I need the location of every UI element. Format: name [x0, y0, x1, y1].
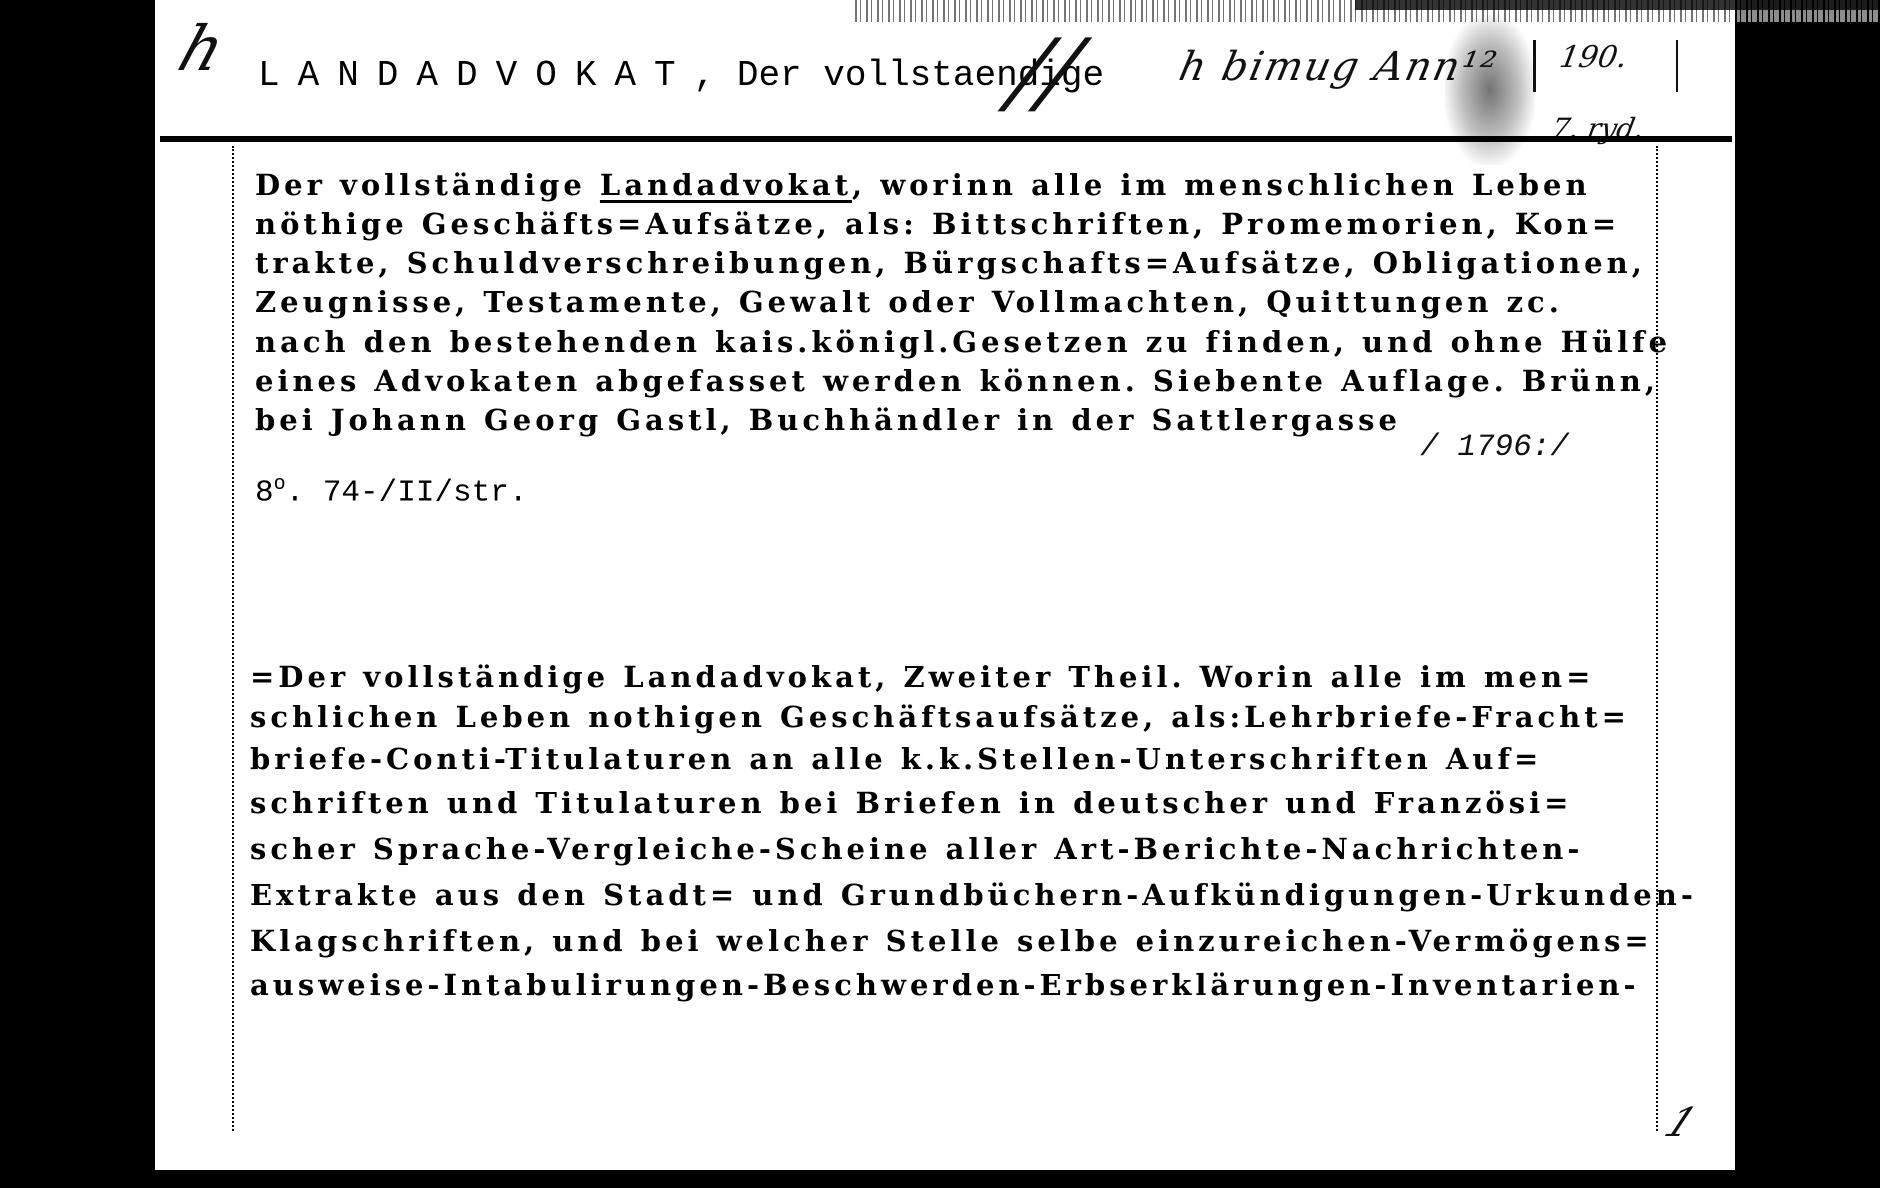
year-annotation: / 1796:/ [1417, 430, 1572, 465]
entry-1-line: eines Advokaten abgefasset werden können… [255, 364, 1659, 398]
entry-2-line: briefe-Conti-Titulaturen an alle k.k.Ste… [250, 742, 1542, 776]
entry-2-line: scher Sprache-Vergleiche-Scheine aller A… [250, 832, 1583, 866]
text: nach den bestehenden kais.königl.Gesetze… [255, 325, 1671, 359]
entry-2-line: =Der vollständige Landadvokat, Zweiter T… [250, 660, 1594, 694]
title-heading: LANDADVOKAT [258, 55, 694, 96]
shelfmark: . 74-/II/str. [286, 475, 528, 510]
text: , worinn alle im menschlichen Leben [852, 168, 1591, 202]
entry-1-line: trakte, Schuldverschreibungen, Bürgschaf… [255, 246, 1646, 280]
scan-edge [1355, 0, 1880, 10]
entry-2-line: Extrakte aus den Stadt= und Grundbüchern… [250, 878, 1697, 912]
right-margin-line [1656, 146, 1658, 1131]
entry-1-line: nach den bestehenden kais.königl.Gesetze… [255, 325, 1671, 359]
left-margin-line [232, 146, 234, 1131]
text: nöthige Geschäfts=Aufsätze, als: Bittsch… [255, 207, 1620, 241]
text: eines Advokaten abgefasset werden können… [255, 364, 1659, 398]
text: trakte, Schuldverschreibungen, Bürgschaf… [255, 246, 1646, 280]
handwritten-note: h bimug Ann¹² [1175, 44, 1502, 90]
card-title: LANDADVOKAT, Der vollstaendige [258, 55, 1104, 96]
format-sup: o [274, 473, 286, 496]
text: bei Johann Georg Gastl, Buchhändler in d… [255, 403, 1401, 437]
shelfmark-line: 8o. 74-/II/str. [255, 473, 527, 510]
text: Der vollständige [255, 168, 600, 202]
format: 8 [255, 475, 274, 510]
entry-1-line: bei Johann Georg Gastl, Buchhändler in d… [255, 403, 1401, 437]
entry-2-line: Klagschriften, und bei welcher Stelle se… [250, 924, 1653, 958]
handwritten-box-number: 190. [1557, 40, 1630, 75]
entry-2-line: schlichen Leben nothigen Geschäftsaufsät… [250, 700, 1630, 734]
entry-1-line: nöthige Geschäfts=Aufsätze, als: Bittsch… [255, 207, 1620, 241]
header-rule [160, 136, 1732, 142]
entry-2-line: ausweise-Intabulirungen-Beschwerden-Erbs… [250, 968, 1640, 1002]
entry-2-line: schriften und Titulaturen bei Briefen in… [250, 786, 1572, 820]
underlined-title-word: Landadvokat [600, 168, 852, 202]
text: Zeugnisse, Testamente, Gewalt oder Vollm… [255, 285, 1563, 319]
entry-1-line: Zeugnisse, Testamente, Gewalt oder Vollm… [255, 285, 1563, 319]
scan-smudge [1445, 15, 1535, 165]
entry-1-line: Der vollständige Landadvokat, worinn all… [255, 168, 1591, 202]
